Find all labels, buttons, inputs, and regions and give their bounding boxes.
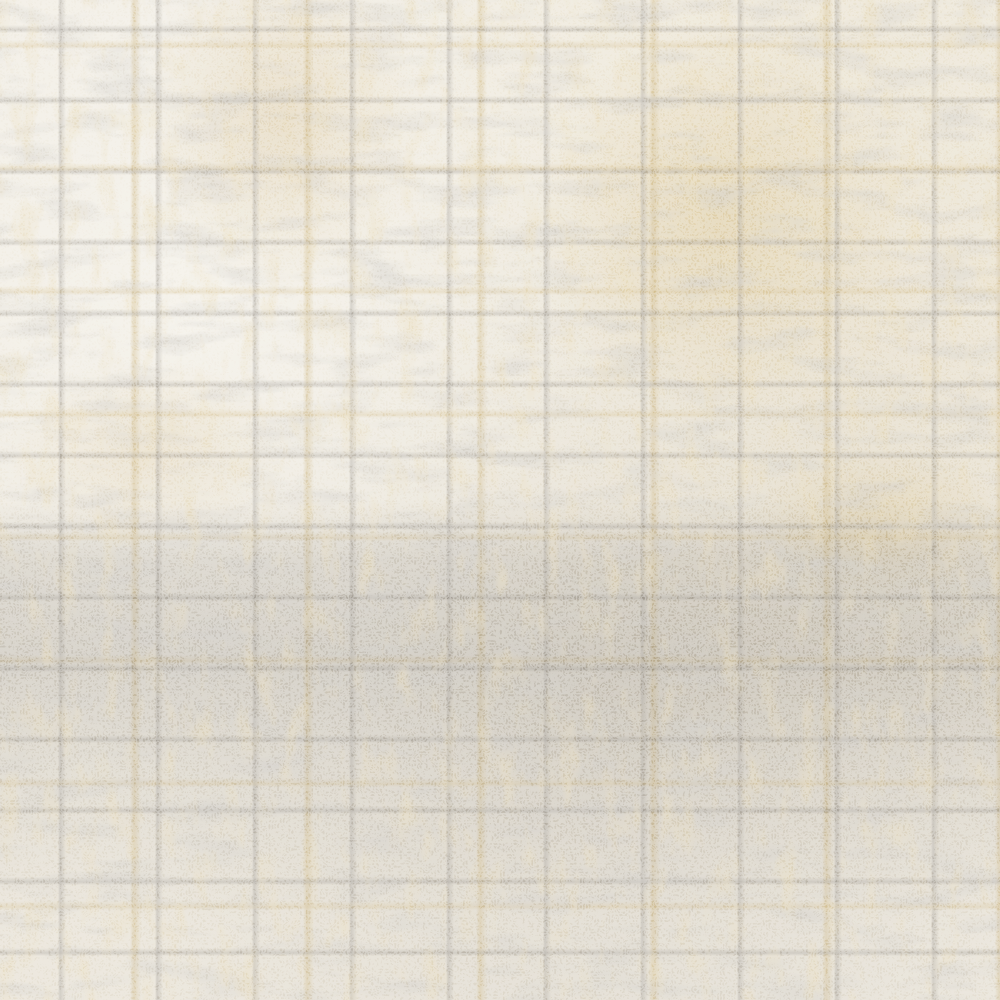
distressed-noise bbox=[0, 0, 1000, 1000]
rug-texture-image bbox=[0, 0, 1000, 1000]
